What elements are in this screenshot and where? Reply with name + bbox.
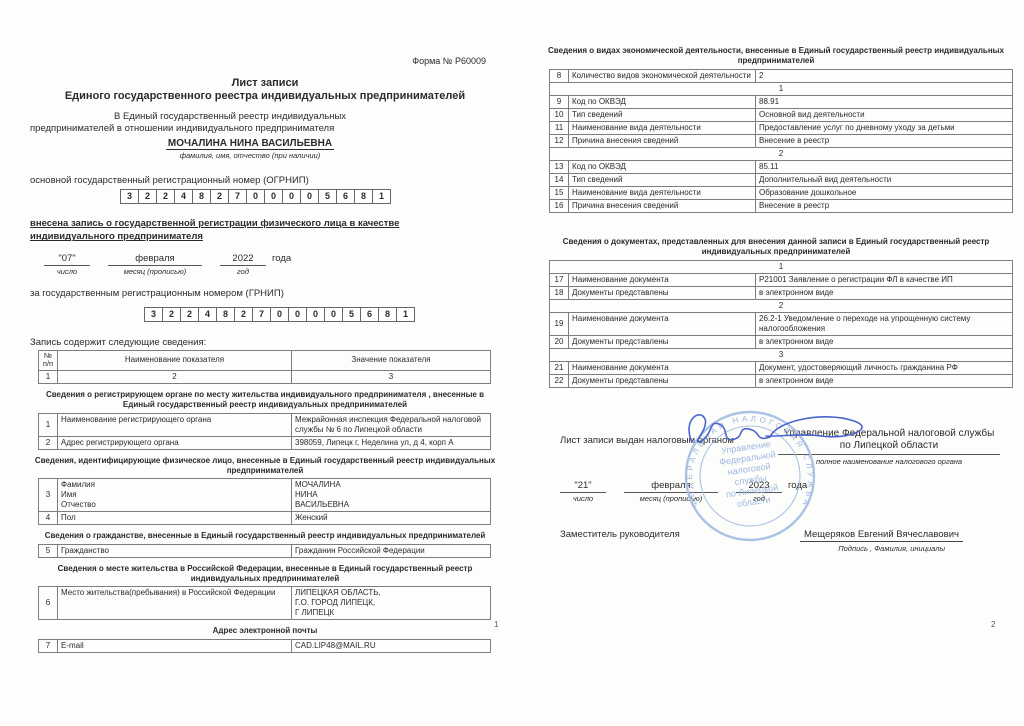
digit-box: 4 xyxy=(174,189,193,204)
registration-statement: внесена запись о государственной регистр… xyxy=(30,217,402,245)
row-label: Место жительства(пребывания) в Российско… xyxy=(58,587,292,620)
group-row: 2 xyxy=(550,299,1013,312)
header-index-row: 1 2 3 xyxy=(39,370,491,383)
section-heading-person-identity: Сведения, идентифицирующие физическое ли… xyxy=(30,456,500,477)
row-value: Дополнительный вид деятельности xyxy=(756,173,1013,186)
digit-box: 8 xyxy=(192,189,211,204)
digit-box: 0 xyxy=(270,307,289,322)
date-day: "07" число xyxy=(44,253,90,276)
digit-box: 0 xyxy=(288,307,307,322)
signer-title: Заместитель руководителя xyxy=(560,529,756,540)
record-row: 2 Адрес регистрирующего органа 398059, Л… xyxy=(39,436,491,449)
row-value: в электронном виде xyxy=(756,374,1013,387)
row-label: Документы представлены xyxy=(569,374,756,387)
record-row: 19 Наименование документа 26.2-1 Уведомл… xyxy=(550,312,1013,335)
row-label: Причина внесения сведений xyxy=(569,199,756,212)
record-row: 10 Тип сведений Основной вид деятельност… xyxy=(550,108,1013,121)
page-2: Сведения о видах экономической деятельно… xyxy=(540,46,1012,553)
col-num-header: № п/п xyxy=(39,351,58,371)
digit-box: 0 xyxy=(300,189,319,204)
digit-box: 1 xyxy=(372,189,391,204)
row-label: Наименование документа xyxy=(569,312,756,335)
section-table-citizenship: 5 Гражданство Гражданин Российской Федер… xyxy=(38,544,491,558)
row-label: Код по ОКВЭД xyxy=(569,160,756,173)
page-number-2: 2 xyxy=(991,620,995,629)
signer-block: Заместитель руководителя Мещеряков Евген… xyxy=(540,529,1012,553)
row-label: Документы представлены xyxy=(569,335,756,348)
row-label: Фамилия Имя Отчество xyxy=(58,479,292,512)
record-intro: Запись содержит следующие сведения: xyxy=(30,337,500,348)
digit-box: 5 xyxy=(318,189,337,204)
section-heading-registering-organ: Сведения о регистрирующем органе по мест… xyxy=(30,390,500,411)
document-scan: { "colors": { "stamp_blue": "#a9c1e3", "… xyxy=(0,0,1024,726)
grnip-label: за государственным регистрационным номер… xyxy=(30,288,500,299)
row-label: Наименование регистрирующего органа xyxy=(58,413,292,436)
digit-box: 8 xyxy=(354,189,373,204)
section-table-email: 7 E-mail CAD.LIP48@MAIL.RU xyxy=(38,639,491,653)
record-row: 6 Место жительства(пребывания) в Российс… xyxy=(39,587,491,620)
section-heading-residence: Сведения о месте жительства в Российской… xyxy=(30,564,500,585)
row-value: Образование дошкольное xyxy=(756,186,1013,199)
digit-box: 8 xyxy=(378,307,397,322)
section-table-economic-activity: 8 Количество видов экономической деятель… xyxy=(549,69,1013,213)
row-label: Тип сведений xyxy=(569,108,756,121)
digit-box: 0 xyxy=(282,189,301,204)
row-value: 88.91 xyxy=(756,95,1013,108)
record-row: 11 Наименование вида деятельности Предос… xyxy=(550,121,1013,134)
row-value: 26.2-1 Уведомление о переходе на упрощен… xyxy=(756,312,1013,335)
record-row: 1 Наименование регистрирующего органа Ме… xyxy=(39,413,491,436)
section-table-residence: 6 Место жительства(пребывания) в Российс… xyxy=(38,586,491,620)
digit-box: 8 xyxy=(216,307,235,322)
handwritten-signature xyxy=(678,406,888,458)
row-value: Межрайонная инспекция Федеральной налого… xyxy=(292,413,491,436)
intro-paragraph: В Единый государственный реестр индивиду… xyxy=(30,111,432,136)
record-header-table: № п/п Наименование показателя Значение п… xyxy=(38,350,491,384)
group-row: 2 xyxy=(550,147,1013,160)
row-value: в электронном виде xyxy=(756,286,1013,299)
digit-box: 0 xyxy=(324,307,343,322)
digit-box: 3 xyxy=(144,307,163,322)
signer-name: Мещеряков Евгений Вячеславович xyxy=(800,529,963,542)
ogrnip-label: основной государственный регистрационный… xyxy=(30,175,500,186)
row-value: Предоставление услуг по дневному уходу з… xyxy=(756,121,1013,134)
signer-name-box: Мещеряков Евгений Вячеславович Подпись ,… xyxy=(800,529,963,553)
record-row: 3 Фамилия Имя Отчество МОЧАЛИНА НИНА ВАС… xyxy=(39,479,491,512)
ogrnip-digit-boxes: 3 2 2 4 8 2 7 0 0 0 0 5 6 8 1 xyxy=(120,189,500,204)
page-number-1: 1 xyxy=(494,620,498,629)
digit-box: 6 xyxy=(336,189,355,204)
row-value: в электронном виде xyxy=(756,335,1013,348)
document-subtitle: Единого государственного реестра индивид… xyxy=(30,90,500,102)
row-value: 85.11 xyxy=(756,160,1013,173)
row-label: Наименование вида деятельности xyxy=(569,121,756,134)
row-value: 2 xyxy=(756,69,1013,82)
entrepreneur-name: МОЧАЛИНА НИНА ВАСИЛЬЕВНА xyxy=(30,138,470,149)
record-row: 20 Документы представлены в электронном … xyxy=(550,335,1013,348)
registration-date: "07" число февраля месяц (прописью) 2022… xyxy=(44,253,500,276)
group-row: 3 xyxy=(550,348,1013,361)
digit-box: 2 xyxy=(180,307,199,322)
record-row: 8 Количество видов экономической деятель… xyxy=(550,69,1013,82)
form-number: Форма № Р60009 xyxy=(30,56,500,66)
document-title: Лист записи xyxy=(30,77,500,89)
col-value-header: Значение показателя xyxy=(292,351,491,371)
section-table-documents: 1 17 Наименование документа Р21001 Заявл… xyxy=(549,260,1013,388)
name-caption: фамилия, имя, отчество (при наличии) xyxy=(30,151,470,160)
section-table-registering-organ: 1 Наименование регистрирующего органа Ме… xyxy=(38,413,491,450)
record-row: 21 Наименование документа Документ, удос… xyxy=(550,361,1013,374)
digit-box: 7 xyxy=(252,307,271,322)
section-heading-citizenship: Сведения о гражданстве, внесенные в Един… xyxy=(30,531,500,541)
digit-box: 2 xyxy=(156,189,175,204)
record-row: 22 Документы представлены в электронном … xyxy=(550,374,1013,387)
group-row: 1 xyxy=(550,260,1013,273)
row-value: Внесение в реестр xyxy=(756,199,1013,212)
record-row: 5 Гражданство Гражданин Российской Федер… xyxy=(39,544,491,557)
record-row: 15 Наименование вида деятельности Образо… xyxy=(550,186,1013,199)
row-label: Код по ОКВЭД xyxy=(569,95,756,108)
digit-box: 0 xyxy=(264,189,283,204)
row-value: Документ, удостоверяющий личность гражда… xyxy=(756,361,1013,374)
record-row: 18 Документы представлены в электронном … xyxy=(550,286,1013,299)
row-label: Причина внесения сведений xyxy=(569,134,756,147)
digit-box: 0 xyxy=(306,307,325,322)
row-label: Наименование документа xyxy=(569,273,756,286)
row-value: Гражданин Российской Федерации xyxy=(292,544,491,557)
record-row: 12 Причина внесения сведений Внесение в … xyxy=(550,134,1013,147)
row-value: Внесение в реестр xyxy=(756,134,1013,147)
row-label: Гражданство xyxy=(58,544,292,557)
signer-caption: Подпись , Фамилия, инициалы xyxy=(800,544,963,553)
digit-box: 4 xyxy=(198,307,217,322)
section-heading-documents: Сведения о документах, представленных дл… xyxy=(540,237,1012,258)
digit-box: 2 xyxy=(138,189,157,204)
row-label: Количество видов экономической деятельно… xyxy=(569,69,756,82)
section-heading-email: Адрес электронной почты xyxy=(30,626,500,636)
date-year: 2022 год xyxy=(220,253,266,276)
section-heading-economic-activity: Сведения о видах экономической деятельно… xyxy=(540,46,1012,67)
section-table-person-identity: 3 Фамилия Имя Отчество МОЧАЛИНА НИНА ВАС… xyxy=(38,478,491,525)
record-row: 17 Наименование документа Р21001 Заявлен… xyxy=(550,273,1013,286)
digit-box: 6 xyxy=(360,307,379,322)
digit-box: 2 xyxy=(234,307,253,322)
row-value: CAD.LIP48@MAIL.RU xyxy=(292,639,491,652)
row-label: Документы представлены xyxy=(569,286,756,299)
digit-box: 1 xyxy=(396,307,415,322)
digit-box: 7 xyxy=(228,189,247,204)
date-suffix: года xyxy=(272,253,291,264)
row-value: МОЧАЛИНА НИНА ВАСИЛЬЕВНА xyxy=(292,479,491,512)
digit-box: 5 xyxy=(342,307,361,322)
row-label: Адрес регистрирующего органа xyxy=(58,436,292,449)
row-value: ЛИПЕЦКАЯ ОБЛАСТЬ, Г.О. ГОРОД ЛИПЕЦК, Г Л… xyxy=(292,587,491,620)
record-row: 13 Код по ОКВЭД 85.11 xyxy=(550,160,1013,173)
row-value: 398059, Липецк г, Неделина ул, д 4, корп… xyxy=(292,436,491,449)
record-row: 4 Пол Женский xyxy=(39,512,491,525)
record-row: 14 Тип сведений Дополнительный вид деяте… xyxy=(550,173,1013,186)
row-value: Основной вид деятельности xyxy=(756,108,1013,121)
row-label: Наименование вида деятельности xyxy=(569,186,756,199)
date-day: "21" число xyxy=(560,480,606,503)
header-row: № п/п Наименование показателя Значение п… xyxy=(39,351,491,371)
page-1: Форма № Р60009 Лист записи Единого госуд… xyxy=(30,56,500,653)
row-label: Наименование документа xyxy=(569,361,756,374)
record-row: 16 Причина внесения сведений Внесение в … xyxy=(550,199,1013,212)
grnip-digit-boxes: 3 2 2 4 8 2 7 0 0 0 0 5 6 8 1 xyxy=(144,307,500,322)
digit-box: 2 xyxy=(162,307,181,322)
row-value: Женский xyxy=(292,512,491,525)
col-name-header: Наименование показателя xyxy=(58,351,292,371)
date-month: февраля месяц (прописью) xyxy=(108,253,202,276)
digit-box: 2 xyxy=(210,189,229,204)
group-row: 1 xyxy=(550,82,1013,95)
row-label: E-mail xyxy=(58,639,292,652)
row-label: Тип сведений xyxy=(569,173,756,186)
signature-ink xyxy=(678,406,888,458)
row-value: Р21001 Заявление о регистрации ФЛ в каче… xyxy=(756,273,1013,286)
record-row: 9 Код по ОКВЭД 88.91 xyxy=(550,95,1013,108)
digit-box: 3 xyxy=(120,189,139,204)
row-label: Пол xyxy=(58,512,292,525)
record-row: 7 E-mail CAD.LIP48@MAIL.RU xyxy=(39,639,491,652)
digit-box: 0 xyxy=(246,189,265,204)
